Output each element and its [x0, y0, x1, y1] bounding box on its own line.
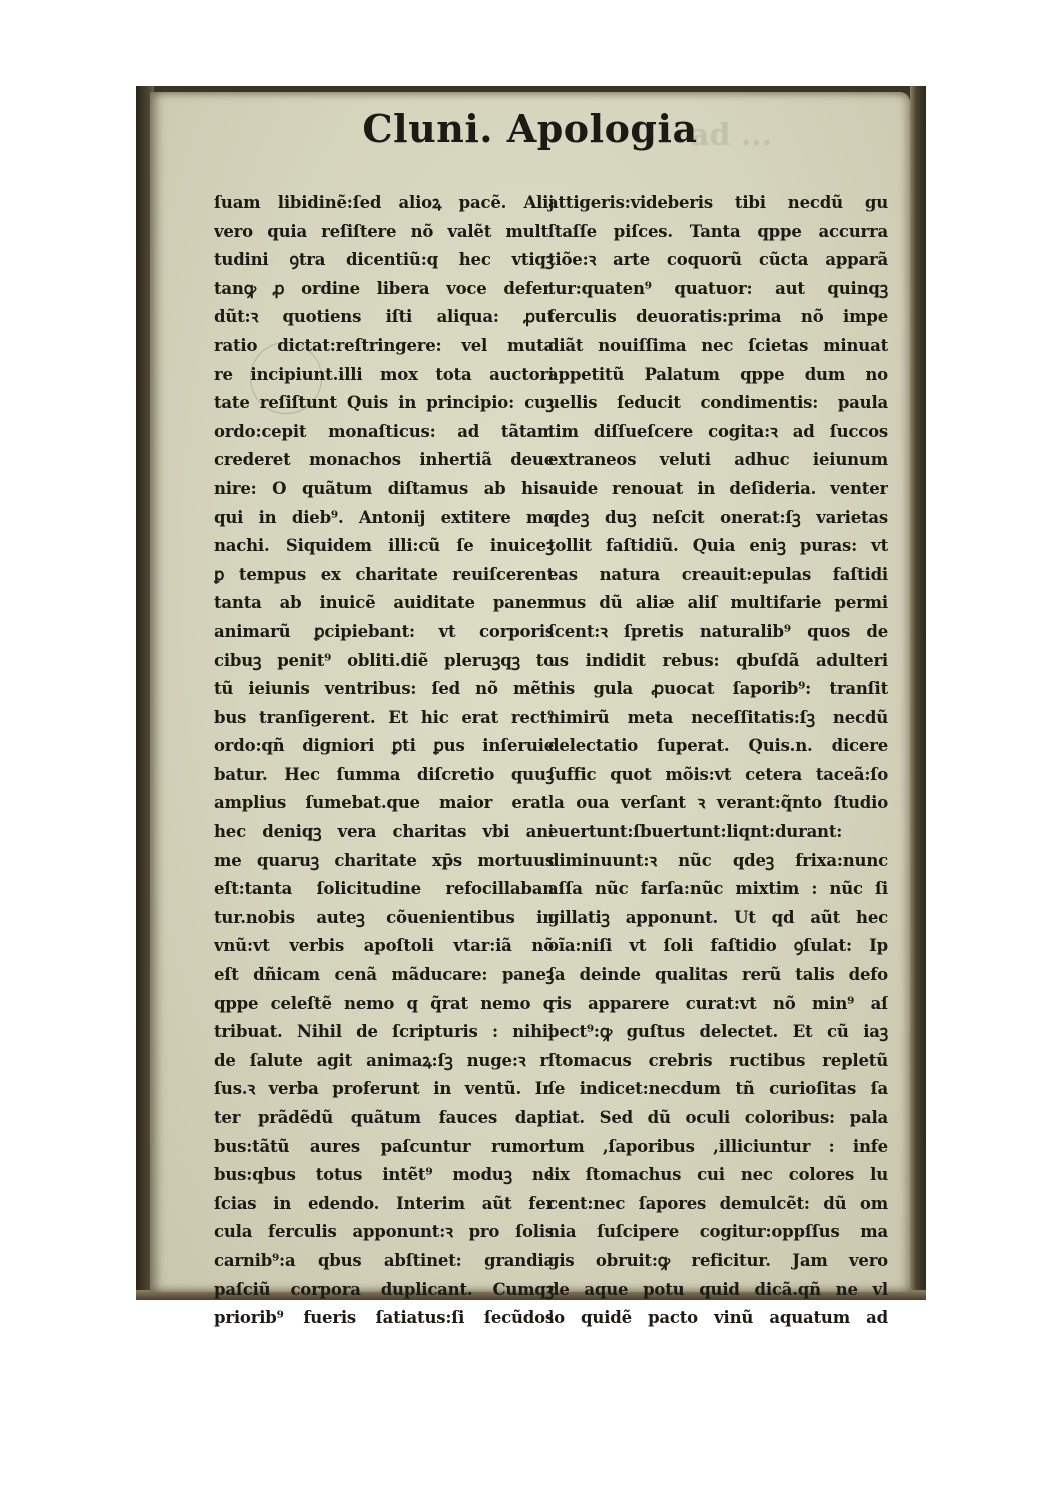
text-line: ratio dictat:reſtringere: vel muta [214, 332, 554, 361]
text-line: us indidit rebus: qbuſdã adulteri [548, 647, 888, 676]
text-line: ter prãdẽdũ quãtum fauces dapi [214, 1104, 554, 1133]
text-line: tũ ieiunis ventribus: ſed nõ mẽti [214, 675, 554, 704]
text-line: tur.nobis auteꝫ cõuenientibus in [214, 904, 554, 933]
text-line: re incipiunt.illi mox tota auctori [214, 361, 554, 390]
text-line: ꝑ tempus ex charitate reuiſcerent [214, 561, 554, 590]
text-line: extraneos veluti adhuc ieiunum [548, 446, 888, 475]
text-line: amplius ſumebat.que maior erat: [214, 789, 554, 818]
text-line: euertunt:ſbuertunt:liqnt:durant: [548, 818, 888, 847]
text-line: ſcent:ꝛ ſpretis naturalib⁹ quos de [548, 618, 888, 647]
text-line: delectatio ſuperat. Quis.n. dicere [548, 732, 888, 761]
text-line: nachi. Siquidem illi:cũ ſe inuiceꝫ [214, 532, 554, 561]
text-line: ſtomacus crebris ructibus repletũ [548, 1047, 888, 1076]
text-line: cent:nec ſapores demulcẽt: dũ om [548, 1190, 888, 1219]
text-line: appetitũ Palatum qppe dum no [548, 361, 888, 390]
text-line: eſt:tanta ſolicitudine refocillaban [214, 875, 554, 904]
text-line: qppe celeſtẽ nemo q q̃rat nemo q [214, 990, 554, 1019]
text-line: nis gula ꝓuocat ſaporib⁹: tranſit [548, 675, 888, 704]
text-line: cula ferculis apponunt:ꝛ pro ſolis [214, 1218, 554, 1247]
text-line: ris apparere curat:vt nõ min⁹ aſ [548, 990, 888, 1019]
text-line: de ſalute agit animaꝝ:ſꝫ nuge:ꝛ ri [214, 1047, 554, 1076]
text-line: carnib⁹:a qbus abſtinet: grandia [214, 1247, 554, 1276]
text-line: lix ſtomachus cui nec colores lu [548, 1161, 888, 1190]
text-line: gillatiꝫ apponunt. Ut qd aũt hec [548, 904, 888, 933]
text-line: paſciũ corpora duplicant. Cumqꝫ [214, 1276, 554, 1305]
text-line: mus dũ aliæ aliſ multifarie permi [548, 589, 888, 618]
text-line: tudini ꝯtra dicentiũ:q hec vtiqꝫ [214, 246, 554, 275]
text-line: ſuffic quot mõis:vt cetera taceã:ſo [548, 761, 888, 790]
text-line: ſcias in edendo. Interim aũt fer [214, 1190, 554, 1219]
text-line: tanꝙ ꝓ ordine libera voce defen [214, 275, 554, 304]
text-line: oĩa:niſi vt ſoli faſtidio ꝯſulat: Ip [548, 932, 888, 961]
text-line: batur. Hec ſumma diſcretio quuꝫ [214, 761, 554, 790]
text-line: ferculis deuoratis:prima nõ impe [548, 303, 888, 332]
text-line: vero quia reſiſtere nõ valẽt multi [214, 218, 554, 247]
text-line: bus:qbus totus intẽt⁹ moduꝫ ne [214, 1161, 554, 1190]
text-line: uellis ſeducit condimentis: paula [548, 389, 888, 418]
text-line: de aque potu quid dicã.qñ ne vl [548, 1276, 888, 1305]
text-line: cibuꝫ penit⁹ obliti.diẽ pleruꝫqꝫ to [214, 647, 554, 676]
text-line: ſuam libidinẽ:ſed alioꝝ pacẽ. Alij [214, 189, 554, 218]
text-line: la oua verſant ꝛ verant:q̃nto ſtudio [548, 789, 888, 818]
text-line: vnũ:vt verbis apoſtoli vtar:iã nõ [214, 932, 554, 961]
text-line: tum ,ſaporibus ,illiciuntur : infe [548, 1133, 888, 1162]
text-line: priorib⁹ fueris ſatiatus:ſi ſecũdos [214, 1304, 554, 1333]
text-column-left: ſuam libidinẽ:ſed alioꝝ pacẽ. Alij vero … [214, 189, 554, 1333]
text-line: ſus.ꝛ verba proferunt in ventũ. In [214, 1075, 554, 1104]
text-line: tanta ab inuicẽ auiditate panem [214, 589, 554, 618]
text-line: aſſa nũc farſa:nũc mixtim : nũc ſi [548, 875, 888, 904]
text-line: gis obruit:ꝙ reficitur. Jam vero [548, 1247, 888, 1276]
text-line: nia ſuſcipere cogitur:oppſſus ma [548, 1218, 888, 1247]
text-line: auide renouat in deſideria. venter [548, 475, 888, 504]
text-line: crederet monachos inhertiã deue [214, 446, 554, 475]
text-line: pect⁹:ꝙ guſtus delectet. Et cũ iaꝫ [548, 1018, 888, 1047]
text-line: attigeris:videberis tibi necdũ gu [548, 189, 888, 218]
text-line: qui in dieb⁹. Antonij extitere mo [214, 504, 554, 533]
text-line: lo quidẽ pacto vinũ aquatum ad [548, 1304, 888, 1333]
text-line: tate reſiſtunt Quis in principio: cuꝫ [214, 389, 554, 418]
text-line: tiõe:ꝛ arte coquorũ cũcta apparã [548, 246, 888, 275]
text-line: ſe indicet:necdum tñ curioſitas ſa [548, 1075, 888, 1104]
text-line: tiat. Sed dũ oculi coloribus: pala [548, 1104, 888, 1133]
text-line: diãt nouiſſima nec ſcietas minuat [548, 332, 888, 361]
text-line: dũt:ꝛ quotiens iſti aliqua: ꝓut [214, 303, 554, 332]
text-line: ordo:qñ digniori ꝑti ꝑus inſeruie [214, 732, 554, 761]
text-line: qdeꝫ duꝫ neſcit onerat:ſꝫ varietas [548, 504, 888, 533]
text-line: ordo:cepit monaſticus: ad tãtam [214, 418, 554, 447]
text-line: ſa deinde qualitas rerũ talis defo [548, 961, 888, 990]
text-line: diminuunt:ꝛ nũc qdeꝫ frixa:nunc [548, 847, 888, 876]
text-line: animarũ ꝑcipiebant: vt corporis [214, 618, 554, 647]
text-line: nire: O quãtum diſtamus ab his: [214, 475, 554, 504]
text-line: tim diſſueſcere cogita:ꝛ ad ſuccos [548, 418, 888, 447]
text-line: ſtaſſe piſces. Tanta qppe accurra [548, 218, 888, 247]
text-line: hec deniqꝫ vera charitas vbi ani [214, 818, 554, 847]
text-line: eas natura creauit:epulas faſtidi [548, 561, 888, 590]
text-line: eſt dñicam cenã mãducare: paneꝫ [214, 961, 554, 990]
text-column-right: attigeris:videberis tibi necdũ gu ſtaſſe… [548, 189, 888, 1333]
text-line: tribuat. Nihil de ſcripturis : nihil [214, 1018, 554, 1047]
text-line: tur:quaten⁹ quatuor: aut quinqꝫ [548, 275, 888, 304]
text-line: nimirũ meta neceſſitatis:ſꝫ necdũ [548, 704, 888, 733]
scanned-page: ad ... Cluni. Apologia ſuam libidinẽ:ſed… [136, 86, 926, 1300]
text-line: bus:tãtũ aures paſcuntur rumori [214, 1133, 554, 1162]
text-line: tollit faſtidiũ. Quia eniꝫ puras: vt [548, 532, 888, 561]
page-edge-right [910, 86, 926, 1300]
text-line: me quaruꝫ charitate xp̄s mortuus [214, 847, 554, 876]
text-line: bus tranſigerent. Et hic erat rect⁹ [214, 704, 554, 733]
running-head: Cluni. Apologia [150, 106, 910, 151]
paper-leaf: ad ... Cluni. Apologia ſuam libidinẽ:ſed… [150, 92, 910, 1292]
